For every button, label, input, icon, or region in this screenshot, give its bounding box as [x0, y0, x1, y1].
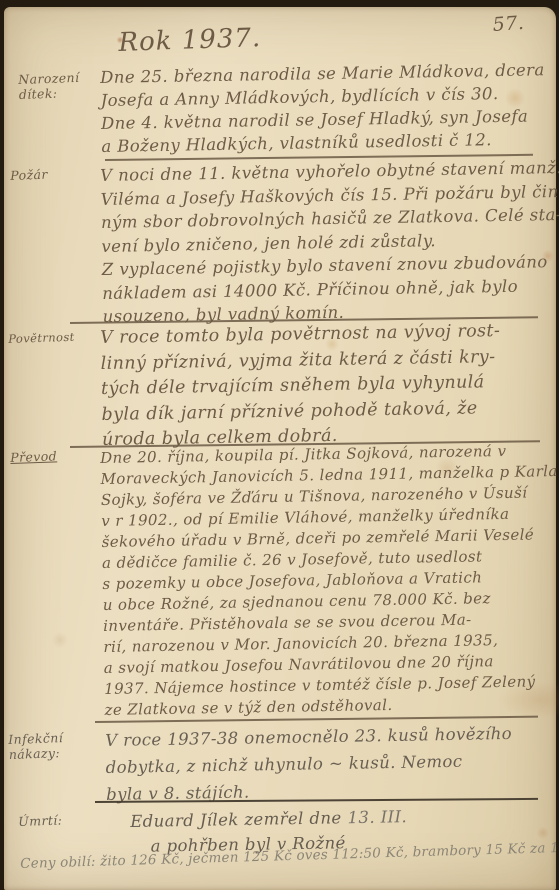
death-date-annotation: 13. III. [347, 807, 407, 827]
margin-label-narozeni-ditek: Narození dítek: [18, 69, 103, 102]
page-number: 57. [492, 12, 525, 36]
margin-label-prevod: Převod [10, 447, 94, 465]
margin-label-infekcni-nakazy: Infekční nákazy: [8, 729, 93, 762]
death-entry-text: Eduard Jílek zemřel dne [130, 808, 342, 831]
margin-label-umrti: Úmrtí: [18, 811, 102, 829]
year-heading: Rok 1937. [118, 23, 262, 58]
margin-label-povetrnost: Povětrnost [8, 329, 92, 347]
chronicle-photo: { "page": { "number": "57.", "title": "R… [0, 0, 559, 890]
text-line: Eduard Jílek zemřel dne13. III. [130, 804, 407, 834]
margin-label-pozar: Požár [10, 165, 94, 183]
